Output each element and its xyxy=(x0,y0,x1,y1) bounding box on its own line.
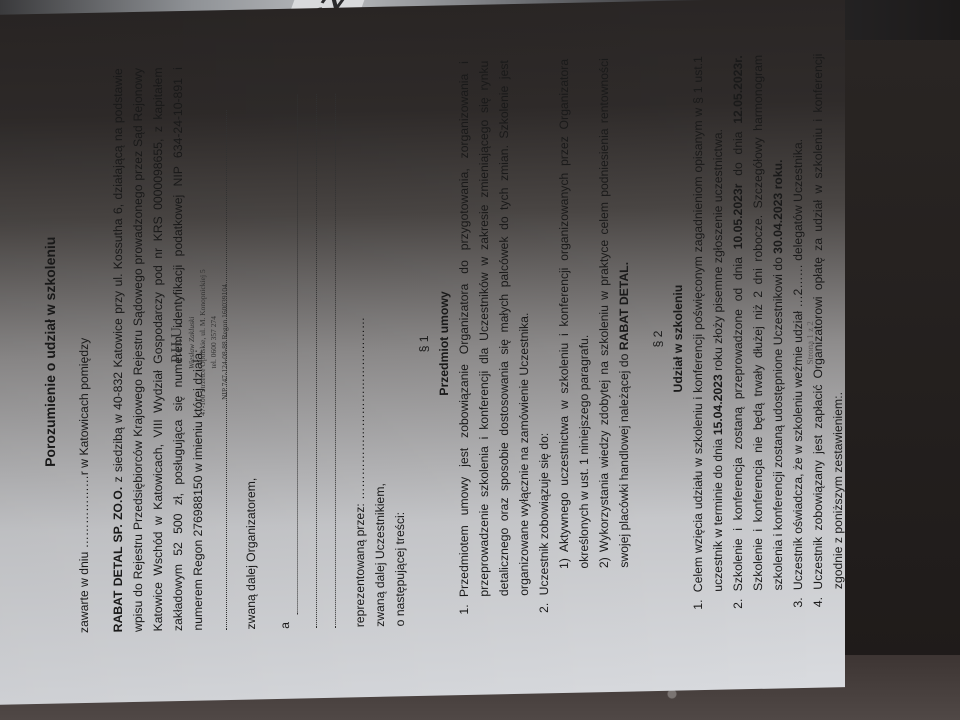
section1-sub2: 2) Wykorzystania wiedzy zdobytej na szko… xyxy=(594,58,634,573)
following-content: o następującej treści: xyxy=(390,62,410,626)
s2i1-date: 15.04.2023 xyxy=(711,374,725,435)
participant-blank-3 xyxy=(317,94,336,628)
section2-list: Celem wzięcia udziału w szkoleniu i konf… xyxy=(688,53,848,620)
section1-item2: Uczestnik zobowiązuje się do: 1) Aktywne… xyxy=(534,58,634,600)
stamp-line4: tel. 0600 357 274 xyxy=(208,252,219,432)
section1-sub2-bold: RABAT DETAL. xyxy=(617,262,631,351)
s2i2c: Szkolenie i konferencja nie będą trwały … xyxy=(751,55,785,591)
section1-item1: Przedmiotem umowy jest zobowiązanie Orga… xyxy=(454,60,534,602)
participant-blank-2 xyxy=(298,94,317,628)
section1-sub1: 1) Aktywnego uczestnictwa w szkoleniu i … xyxy=(554,58,594,573)
stamp-line1: P.H.U. xyxy=(168,253,186,433)
stamp-line5: NIP 747-124-08-88 Regon 160039104 xyxy=(219,252,230,432)
s2i2-date3: 30.04.2023 roku. xyxy=(771,159,785,253)
represented-by: reprezentowaną przez: ……………………………………… xyxy=(350,63,370,627)
company-stamp: P.H.U. Wiesław Zakluski 47-100 Strzelce … xyxy=(168,252,230,433)
section1-heading: Przedmiot umowy xyxy=(434,61,454,625)
s2i1b: roku złoży pisemne zgłoszenie uczestnict… xyxy=(711,129,725,375)
page-footer: Strona 1 z 2 xyxy=(800,0,820,688)
s2i2a: Szkolenie i konferencja zostaną przeprow… xyxy=(731,249,745,591)
participant-label: zwaną dalej Uczestnikiem, xyxy=(370,63,390,627)
section2-number: § 2 xyxy=(648,57,668,621)
section1-list: Przedmiotem umowy jest zobowiązanie Orga… xyxy=(454,58,634,626)
document-title: Porozumienie o udział w szkoleniu xyxy=(40,70,60,634)
photo-frame: Porozumienie o udział w szkoleniu zawart… xyxy=(0,0,960,720)
stamp-line2: Wiesław Zakluski xyxy=(186,253,197,433)
section1-sublist: 1) Aktywnego uczestnictwa w szkoleniu i … xyxy=(554,58,634,596)
section2-item1: Celem wzięcia udziału w szkoleniu i konf… xyxy=(688,56,728,597)
section2-item2: Szkolenie i konferencja zostaną przeprow… xyxy=(728,54,788,595)
organizer-name: RABAT DETAL SP. ZO.O. xyxy=(111,487,125,633)
section1-number: § 1 xyxy=(414,62,434,626)
stamp-line3: 47-100 Strzelce Opolskie, ul. M. Konopni… xyxy=(197,252,208,432)
s2i2-date1: 10.05.2023r xyxy=(731,183,745,249)
section1-item2-text: Uczestnik zobowiązuje się do: xyxy=(537,433,551,596)
document-page: Porozumienie o udział w szkoleniu zawart… xyxy=(0,0,845,705)
s2i2b: do dnia xyxy=(731,124,745,184)
s2i2-date2: 12.05.2023r. xyxy=(731,55,745,124)
participant-blank-1 xyxy=(279,95,298,615)
section2-heading: Udział w szkoleniu xyxy=(668,56,688,620)
intro-line: zawarte w dniu ………………r w Katowicach pomi… xyxy=(74,69,94,633)
organizer-label: zwaną dalej Organizatorem, xyxy=(241,65,261,629)
